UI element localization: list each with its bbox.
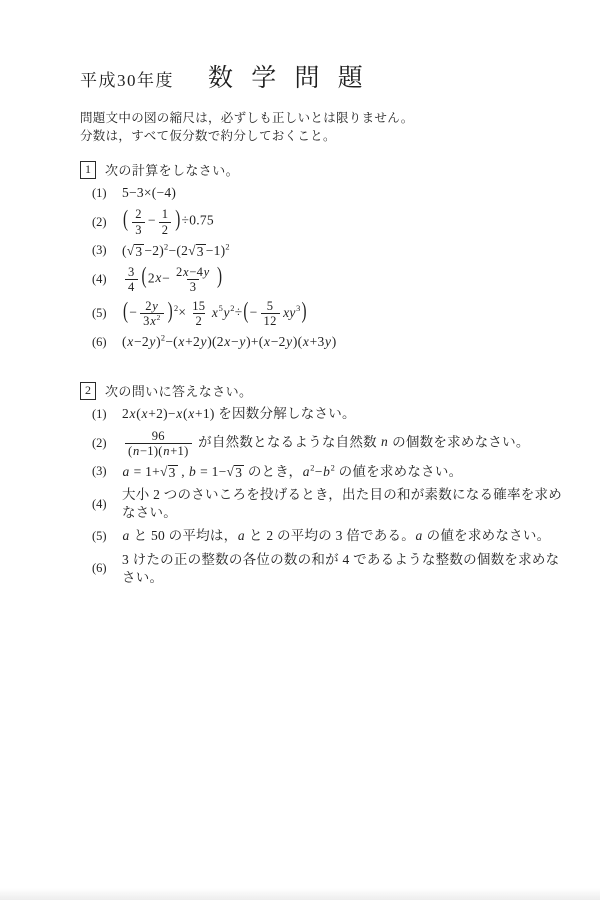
item-formula: 2x(x+2)−x(x+1) を因数分解しなさい。: [122, 405, 356, 423]
radicand: 3: [196, 244, 206, 259]
item-label: (1): [92, 407, 118, 422]
document-body: 平成30年度 数 学 問 題 問題文中の図の縮尺は，必ずしも正しいとは限りません…: [0, 0, 600, 587]
item-label: (5): [92, 306, 118, 321]
fraction-denominator: 3: [132, 222, 145, 237]
section-number-box: 1: [80, 161, 96, 179]
note-line: 分数は，すべて仮分数で約分しておくこと。: [80, 127, 562, 145]
section-heading: 次の問いに答えなさい。: [105, 381, 252, 400]
big-parenthesis: ): [216, 263, 223, 294]
item-label: (1): [92, 186, 118, 201]
radical-sign: √: [188, 244, 196, 259]
fraction-denominator: 3: [187, 279, 200, 294]
note-line: 問題文中の図の縮尺は，必ずしも正しいとは限りません。: [80, 109, 562, 127]
big-parenthesis: (: [122, 297, 129, 328]
square-root: √3: [127, 244, 145, 259]
fraction-numerator: 15: [189, 299, 208, 313]
square-root: √3: [160, 465, 178, 480]
radicand: 3: [234, 465, 244, 480]
section-items: (1)5−3×(−4)(2)(23−12)÷0.75(3)(√3−2)2−(2√…: [92, 184, 562, 351]
problem-item: (5)(−2y3x2)2×152x5y2÷(−512xy3): [92, 299, 562, 328]
fraction: 512: [261, 299, 280, 328]
section-header: 2次の問いに答えなさい。: [80, 381, 562, 400]
fraction-numerator: 3: [125, 265, 138, 279]
fraction-numerator: 2: [132, 207, 145, 221]
radicand: 3: [134, 244, 144, 259]
item-formula: 96(n−1)(n+1) が自然数となるような自然数 n の個数を求めなさい。: [122, 429, 530, 458]
big-parenthesis: ): [167, 297, 174, 328]
page-header: 平成30年度 数 学 問 題: [80, 58, 562, 94]
item-label: (6): [92, 561, 118, 576]
notes: 問題文中の図の縮尺は，必ずしも正しいとは限りません。分数は，すべて仮分数で約分し…: [80, 109, 562, 145]
era-label: 平成30年度: [80, 66, 174, 91]
item-label: (2): [92, 436, 118, 451]
fraction: 96(n−1)(n+1): [125, 429, 192, 458]
section-heading: 次の計算をしなさい。: [105, 160, 239, 179]
item-label: (5): [92, 529, 118, 544]
page-title: 数 学 問 題: [208, 58, 369, 94]
fraction-denominator: (n−1)(n+1): [125, 443, 192, 458]
fraction-denominator: 3x2: [140, 313, 164, 328]
problem-item: (3)(√3−2)2−(2√3−1)2: [92, 242, 562, 260]
problem-item: (5)a と 50 の平均は，a と 2 の平均の 3 倍である。a の値を求め…: [92, 527, 562, 545]
fraction-numerator: 1: [159, 207, 172, 221]
square-root: √3: [227, 465, 245, 480]
radical-sign: √: [227, 465, 235, 480]
fraction-denominator: 4: [125, 279, 138, 294]
item-label: (6): [92, 335, 118, 350]
big-parenthesis: (: [122, 205, 129, 236]
item-formula: (−2y3x2)2×152x5y2÷(−512xy3): [122, 299, 308, 328]
fraction: 2x−4y3: [173, 265, 213, 294]
item-formula: (x−2y)2−(x+2y)(2x−y)+(x−2y)(x+3y): [122, 333, 337, 351]
fraction: 152: [189, 299, 208, 328]
problem-item: (4)34(2x−2x−4y3): [92, 265, 562, 294]
big-parenthesis: (: [141, 263, 148, 294]
fraction-numerator: 2x−4y: [173, 265, 213, 279]
problem-item: (1)5−3×(−4): [92, 184, 562, 202]
fraction-denominator: 12: [261, 313, 280, 328]
fraction: 2y3x2: [140, 299, 164, 328]
problem-item: (4)大小 2 つのさいころを投げるとき，出た目の和が素数になる確率を求めなさい…: [92, 486, 562, 522]
problem-item: (3)a = 1+√3 , b = 1−√3 のとき，a2−b2 の値を求めなさ…: [92, 463, 562, 481]
fraction-denominator: 2: [193, 313, 206, 328]
section-number-box: 2: [80, 382, 96, 400]
fraction-denominator: 2: [159, 222, 172, 237]
item-label: (4): [92, 497, 118, 512]
fraction: 34: [125, 265, 138, 294]
section-items: (1)2x(x+2)−x(x+1) を因数分解しなさい。(2)96(n−1)(n…: [92, 405, 562, 587]
item-label: (3): [92, 243, 118, 258]
item-formula: a と 50 の平均は，a と 2 の平均の 3 倍である。a の値を求めなさい…: [122, 527, 550, 545]
item-formula: 5−3×(−4): [122, 184, 176, 202]
problem-item: (2)(23−12)÷0.75: [92, 207, 562, 236]
big-parenthesis: (: [242, 297, 249, 328]
problem-item: (1)2x(x+2)−x(x+1) を因数分解しなさい。: [92, 405, 562, 423]
fraction-numerator: 5: [264, 299, 277, 313]
item-formula: 大小 2 つのさいころを投げるとき，出た目の和が素数になる確率を求めなさい。: [122, 486, 562, 522]
item-formula: (23−12)÷0.75: [122, 207, 214, 236]
fraction: 12: [159, 207, 172, 236]
fraction-numerator: 2y: [142, 299, 161, 313]
section-header: 1次の計算をしなさい。: [80, 160, 562, 179]
item-label: (2): [92, 215, 118, 230]
fraction: 23: [132, 207, 145, 236]
item-label: (4): [92, 272, 118, 287]
fraction-numerator: 96: [149, 429, 168, 443]
item-formula: 34(2x−2x−4y3): [122, 265, 223, 294]
item-formula: (√3−2)2−(2√3−1)2: [122, 242, 230, 260]
item-formula: a = 1+√3 , b = 1−√3 のとき，a2−b2 の値を求めなさい。: [122, 463, 462, 481]
sections-container: 1次の計算をしなさい。(1)5−3×(−4)(2)(23−12)÷0.75(3)…: [80, 160, 562, 587]
radical-sign: √: [160, 465, 168, 480]
problem-item: (6)(x−2y)2−(x+2y)(2x−y)+(x−2y)(x+3y): [92, 333, 562, 351]
radicand: 3: [168, 465, 178, 480]
big-parenthesis: ): [301, 297, 308, 328]
square-root: √3: [188, 244, 206, 259]
item-label: (3): [92, 464, 118, 479]
problem-section-2: 2次の問いに答えなさい。(1)2x(x+2)−x(x+1) を因数分解しなさい。…: [80, 381, 562, 587]
problem-item: (6)3 けたの正の整数の各位の数の和が 4 であるような整数の個数を求めなさい…: [92, 551, 562, 587]
big-parenthesis: ): [174, 205, 181, 236]
problem-item: (2)96(n−1)(n+1) が自然数となるような自然数 n の個数を求めなさ…: [92, 429, 562, 458]
exam-page: 平成30年度 数 学 問 題 問題文中の図の縮尺は，必ずしも正しいとは限りません…: [0, 0, 600, 900]
problem-section-1: 1次の計算をしなさい。(1)5−3×(−4)(2)(23−12)÷0.75(3)…: [80, 160, 562, 351]
item-formula: 3 けたの正の整数の各位の数の和が 4 であるような整数の個数を求めなさい。: [122, 551, 562, 587]
radical-sign: √: [127, 244, 135, 259]
